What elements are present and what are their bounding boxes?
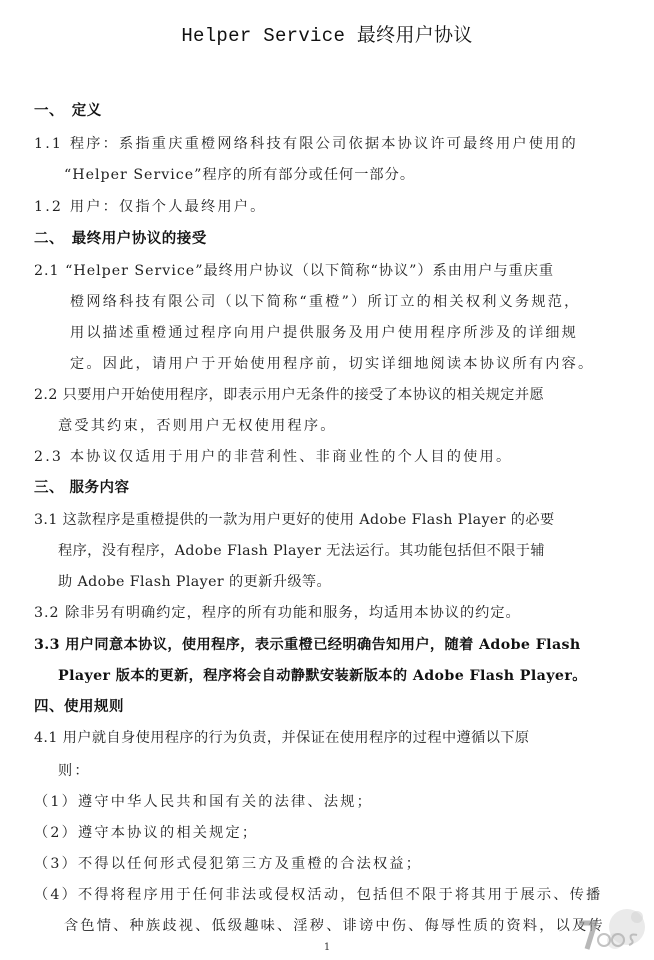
clause-3-2: 3.2 除非另有明确约定，程序的所有功能和服务，均适用本协议的约定。 <box>34 604 521 622</box>
rule-2: （2）遵守本协议的相关规定； <box>34 824 258 842</box>
rule-1: （1）遵守中华人民共和国有关的法律、法规； <box>34 793 373 811</box>
clause-3-3-line-1: 3.3 用户同意本协议，使用程序，表示重橙已经明确告知用户，随着 Adobe F… <box>34 636 581 654</box>
clause-2-1-line-2: 橙网络科技有限公司（以下简称“重橙”）所订立的相关权利义务规范， <box>70 293 581 311</box>
clause-4-1-line-2: 则： <box>58 762 91 780</box>
page-number: 1 <box>0 942 654 953</box>
section-heading-service-content: 三、 服务内容 <box>34 479 130 497</box>
clause-3-3-line-2: Player 版本的更新，程序将会自动静默安装新版本的 Adobe Flash … <box>58 667 587 685</box>
rule-4-line-1: （4）不得将程序用于任何非法或侵权活动，包括但不限于将其用于展示、传播 <box>34 886 602 904</box>
rule-4-line-2: 含色情、种族歧视、低级趣味、淫秽、诽谤中伤、侮辱性质的资料，以及传 <box>64 917 605 935</box>
rule-3: （3）不得以任何形式侵犯第三方及重橙的合法权益； <box>34 855 422 873</box>
document-page: Helper Service 最终用户协议 一、 定义 1.1 程序：系指重庆重… <box>0 0 654 960</box>
clause-1-1-line-2: “Helper Service”程序的所有部分或任何一部分。 <box>64 166 415 184</box>
clause-3-1-line-3: 助 Adobe Flash Player 的更新升级等。 <box>58 573 331 591</box>
clause-2-1-line-3: 用以描述重橙通过程序向用户提供服务及用户使用程序所涉及的详细规 <box>70 324 578 342</box>
clause-3-1-line-2: 程序，没有程序，Adobe Flash Player 无法运行。其功能包括但不限… <box>58 542 545 560</box>
clause-1-2: 1.2 用户：仅指个人最终用户。 <box>34 198 267 216</box>
section-heading-acceptance: 二、 最终用户协议的接受 <box>34 230 207 248</box>
clause-2-1-line-4: 定。因此，请用户于开始使用程序前，切实详细地阅读本协议所有内容。 <box>70 355 594 373</box>
clause-2-3: 2.3 本协议仅适用于用户的非营利性、非商业性的个人目的使用。 <box>34 448 512 466</box>
clause-2-2-line-2: 意受其约束，否则用户无权使用程序。 <box>58 417 337 435</box>
clause-2-2-line-1: 2.2 只要用户开始使用程序，即表示用户无条件的接受了本协议的相关规定并愿 <box>34 386 544 404</box>
clause-1-1-line-1: 1.1 程序：系指重庆重橙网络科技有限公司依据本协议许可最终用户使用的 <box>34 135 578 153</box>
document-title: Helper Service 最终用户协议 <box>0 20 654 47</box>
section-heading-definitions: 一、 定义 <box>34 102 102 120</box>
clause-4-1-line-1: 4.1 用户就自身使用程序的行为负责，并保证在使用程序的过程中遵循以下原 <box>34 729 529 747</box>
section-heading-usage-rules: 四、使用规则 <box>34 698 124 716</box>
clause-2-1-line-1: 2.1 “Helper Service”最终用户协议（以下简称“协议”）系由用户… <box>34 262 554 280</box>
clause-3-1-line-1: 3.1 这款程序是重橙提供的一款为用户更好的使用 Adobe Flash Pla… <box>34 511 555 529</box>
